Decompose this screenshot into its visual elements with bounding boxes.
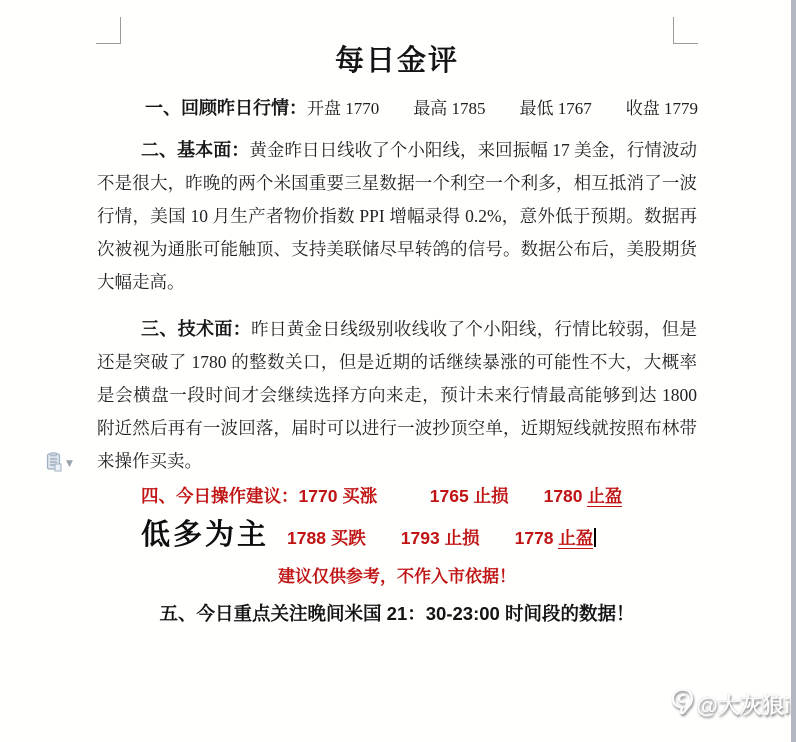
page-title: 每日金评 bbox=[97, 38, 697, 79]
technical-label: 三、技术面： bbox=[141, 319, 251, 339]
focus-line: 五、今日重点关注晚间米国 21：30-23:00 时间段的数据！ bbox=[97, 600, 697, 626]
fundamental-paragraph: 二、基本面：黄金昨日日线收了个小阳线，来回振幅 17 美金，行情波动不是很大，昨… bbox=[97, 134, 697, 299]
bias-values: 1788 买跌 1793 止损 1778 止盈 bbox=[287, 525, 596, 550]
technical-body: 昨日黄金日线级别收线收了个小阳线，行情比较弱，但是还是突破了 1780 的整数关… bbox=[97, 319, 697, 471]
review-label: 一、回顾昨日行情： bbox=[145, 98, 307, 118]
bias-line: 低多为主 1788 买跌 1793 止损 1778 止盈 bbox=[97, 512, 697, 553]
advice-line: 四、今日操作建议：1770 买涨 1765 止损 1780 止盈 bbox=[97, 483, 697, 508]
advice-label: 四、今日操作建议： bbox=[141, 486, 299, 506]
chevron-down-icon: ▼ bbox=[66, 460, 73, 469]
bias-take-profit: 止盈 bbox=[558, 528, 593, 549]
document-page[interactable]: 每日金评 一、回顾昨日行情：开盘 1770 最高 1785 最低 1767 收盘… bbox=[0, 0, 796, 742]
text-cursor bbox=[594, 528, 596, 547]
right-edge-strip bbox=[791, 0, 796, 742]
clipboard-icon bbox=[46, 452, 62, 477]
fundamental-body: 黄金昨日日线收了个小阳线，来回振幅 17 美金，行情波动不是很大，昨晚的两个米国… bbox=[97, 140, 697, 292]
fundamental-label: 二、基本面： bbox=[141, 140, 249, 160]
advice-values: 1770 买涨 1765 止损 1780 bbox=[299, 486, 588, 506]
review-values: 开盘 1770 最高 1785 最低 1767 收盘 1779 bbox=[307, 99, 698, 118]
watermark-handle: @大灰狼i bbox=[696, 689, 790, 720]
watermark: @大灰狼i bbox=[668, 686, 790, 722]
advice-take-profit: 止盈 bbox=[587, 486, 622, 507]
bias-word: 低多为主 bbox=[141, 512, 269, 553]
watermark-logo-icon bbox=[668, 686, 694, 722]
paste-options-button[interactable]: ▼ bbox=[46, 452, 80, 476]
bias-values-text: 1788 买跌 1793 止损 1778 bbox=[287, 528, 558, 548]
disclaimer-line: 建议仅供参考，不作入市依据！ bbox=[97, 562, 697, 587]
document-content: 每日金评 一、回顾昨日行情：开盘 1770 最高 1785 最低 1767 收盘… bbox=[97, 0, 697, 626]
technical-paragraph: 三、技术面：昨日黄金日线级别收线收了个小阳线，行情比较弱，但是还是突破了 178… bbox=[97, 313, 697, 478]
review-line: 一、回顾昨日行情：开盘 1770 最高 1785 最低 1767 收盘 1779 bbox=[97, 94, 697, 120]
